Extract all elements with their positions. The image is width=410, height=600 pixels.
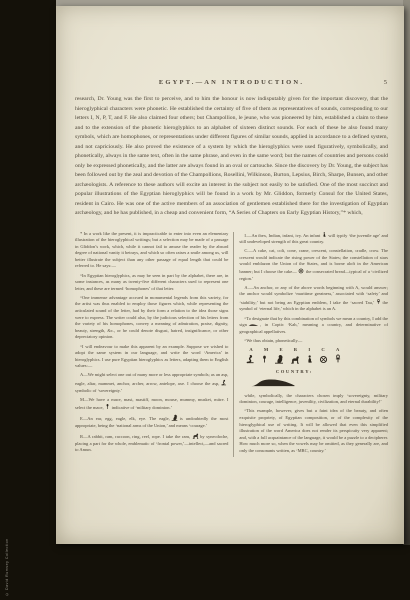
cake-glyph-icon (319, 355, 328, 367)
country-label: COUNTRY: (245, 369, 343, 376)
footnote-entry-a2: A.—An anchor, or any of the above words … (239, 285, 388, 313)
footnote-paragraph-symbolically: while, symbolically, the characters chos… (239, 393, 388, 406)
page-header: EGYPT.—AN INTRODUCTION. 5 (75, 79, 388, 86)
footnote-right-column: I.—An ibex, Indian, infant, ivy. An infa… (239, 231, 388, 458)
asp-glyph-icon (246, 354, 255, 367)
page-number: 5 (384, 79, 387, 86)
kah-land-sign-icon (248, 323, 258, 327)
footnote-left-column: * In a work like the present, it is impr… (75, 231, 228, 458)
eagle-glyph-icon (274, 354, 284, 367)
infant-glyph-icon (306, 354, 314, 367)
america-glyph-row (245, 356, 343, 367)
footnote-entry-c: C.—A cake, cat, colt, cone, crane, cresc… (239, 248, 388, 282)
mace-glyph-icon (105, 403, 110, 410)
intro-paragraph: research, Dr. Young was the first to per… (75, 95, 388, 219)
cake-glyph-icon (298, 268, 304, 274)
asp-glyph-icon (221, 379, 227, 386)
footnote-paragraph: “I will endeavour to make this apparent … (75, 344, 228, 370)
footnote-paragraph-designate: “To designate that by this combination o… (239, 316, 388, 336)
footnote-paragraph: “One immense advantage accrued in monume… (75, 295, 228, 341)
kah-land-sign-icon (245, 377, 343, 390)
mace-glyph-icon (261, 354, 268, 367)
footnote-paragraph-obtain: “We thus obtain, phonetically— (239, 338, 388, 345)
footnote-paragraph-example: “This example, however, gives but a fain… (239, 408, 388, 454)
infant-glyph-icon (322, 231, 327, 238)
book-page: EGYPT.—AN INTRODUCTION. 5 research, Dr. … (56, 6, 404, 544)
footnote-entry-e: E—An ear, egg, eagle, elk, eye. The eagl… (75, 414, 228, 429)
america-hieroglyph-figure: A M E R I C A COUNTRY: (245, 347, 343, 389)
ram-glyph-icon (192, 432, 199, 439)
footnote-paragraph: * In a work like the present, it is impr… (75, 231, 228, 271)
ram-glyph-icon (290, 354, 300, 367)
scan-right-edge (403, 0, 410, 545)
ankh-glyph-icon (334, 353, 342, 367)
page-title: EGYPT.—AN INTRODUCTION. (159, 79, 304, 86)
footnote-entry-i: I.—An ibex, Indian, infant, ivy. An infa… (239, 231, 388, 246)
ankh-glyph-icon (376, 298, 381, 305)
footnote-entry-m: M—We have a mace, mast, mastiff, moon, m… (75, 397, 228, 412)
hieroglyph-letter: C (321, 347, 324, 354)
column-divider-rule (233, 232, 234, 458)
footnote-entry-a: A—We might select one out of many more o… (75, 372, 228, 394)
footnote-section: * In a work like the present, it is impr… (75, 231, 388, 458)
watermark-text: © David Rumsey Collection (5, 538, 13, 596)
footnote-entry-r: R—A rabbit, ram, raccoon, ring, reel, ro… (75, 432, 228, 454)
footnote-paragraph: “In Egyptian hieroglyphics, as may be se… (75, 273, 228, 293)
scan-background: { "colors": { "page": "#e8e3d1", "ink": … (0, 0, 410, 600)
eagle-glyph-icon (171, 414, 178, 421)
